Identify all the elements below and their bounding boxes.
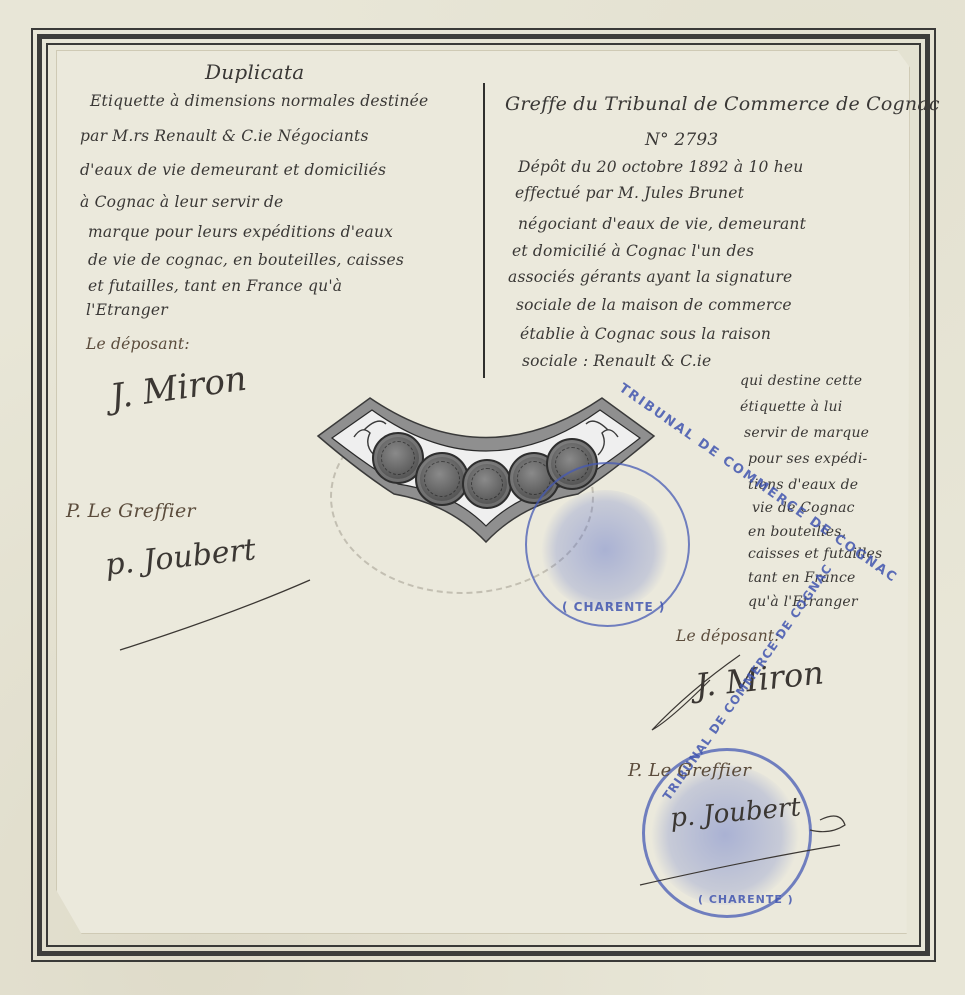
- left-line: marque pour leurs expéditions d'eaux: [88, 223, 393, 241]
- registry-heading: Greffe du Tribunal de Commerce de Cognac: [505, 93, 940, 115]
- left-line: de vie de cognac, en bouteilles, caisses: [88, 251, 404, 269]
- right-line: établie à Cognac sous la raison: [520, 325, 771, 343]
- left-line: à Cognac à leur servir de: [80, 193, 283, 211]
- registry-number: N° 2793: [645, 130, 718, 150]
- continuation-line: étiquette à lui: [740, 399, 842, 415]
- right-line: négociant d'eaux de vie, demeurant: [518, 215, 806, 233]
- left-line: et futailles, tant en France qu'à: [88, 277, 342, 295]
- stamp-bottom-bottom-text: ( CHARENTE ): [698, 893, 794, 906]
- left-line: par M.rs Renault & C.ie Négociants: [80, 127, 369, 145]
- left-depositor-label: Le déposant:: [86, 335, 190, 353]
- right-line: Dépôt du 20 octobre 1892 à 10 heu: [518, 158, 803, 176]
- right-line: et domicilié à Cognac l'un des: [512, 242, 754, 260]
- right-depositor-label: Le déposant:: [676, 627, 780, 645]
- duplicata-heading: Duplicata: [205, 60, 304, 84]
- left-line: d'eaux de vie demeurant et domiciliés: [80, 161, 386, 179]
- coin-2-portrait: [415, 452, 469, 506]
- continuation-line: tant en France: [748, 570, 856, 586]
- left-line: Etiquette à dimensions normales destinée: [90, 92, 428, 110]
- right-clerk-flourish: [630, 790, 860, 890]
- column-divider: [483, 83, 485, 378]
- continuation-line: qui destine cette: [740, 373, 862, 389]
- right-clerk-label: P. Le Greffier: [628, 760, 751, 781]
- continuation-line: servir de marque: [744, 425, 869, 441]
- continuation-line: pour ses expédi-: [748, 451, 867, 467]
- left-signature-flourish: [110, 560, 330, 660]
- right-line: effectué par M. Jules Brunet: [515, 184, 744, 202]
- right-line: sociale : Renault & C.ie: [522, 352, 711, 370]
- coin-3: [462, 459, 512, 509]
- right-line: associés gérants ayant la signature: [508, 268, 792, 286]
- left-line: l'Etranger: [86, 301, 168, 319]
- left-clerk-label: P. Le Greffier: [66, 500, 196, 522]
- right-line: sociale de la maison de commerce: [516, 296, 792, 314]
- stamp-center-bottom-text: ( CHARENTE ): [562, 600, 665, 614]
